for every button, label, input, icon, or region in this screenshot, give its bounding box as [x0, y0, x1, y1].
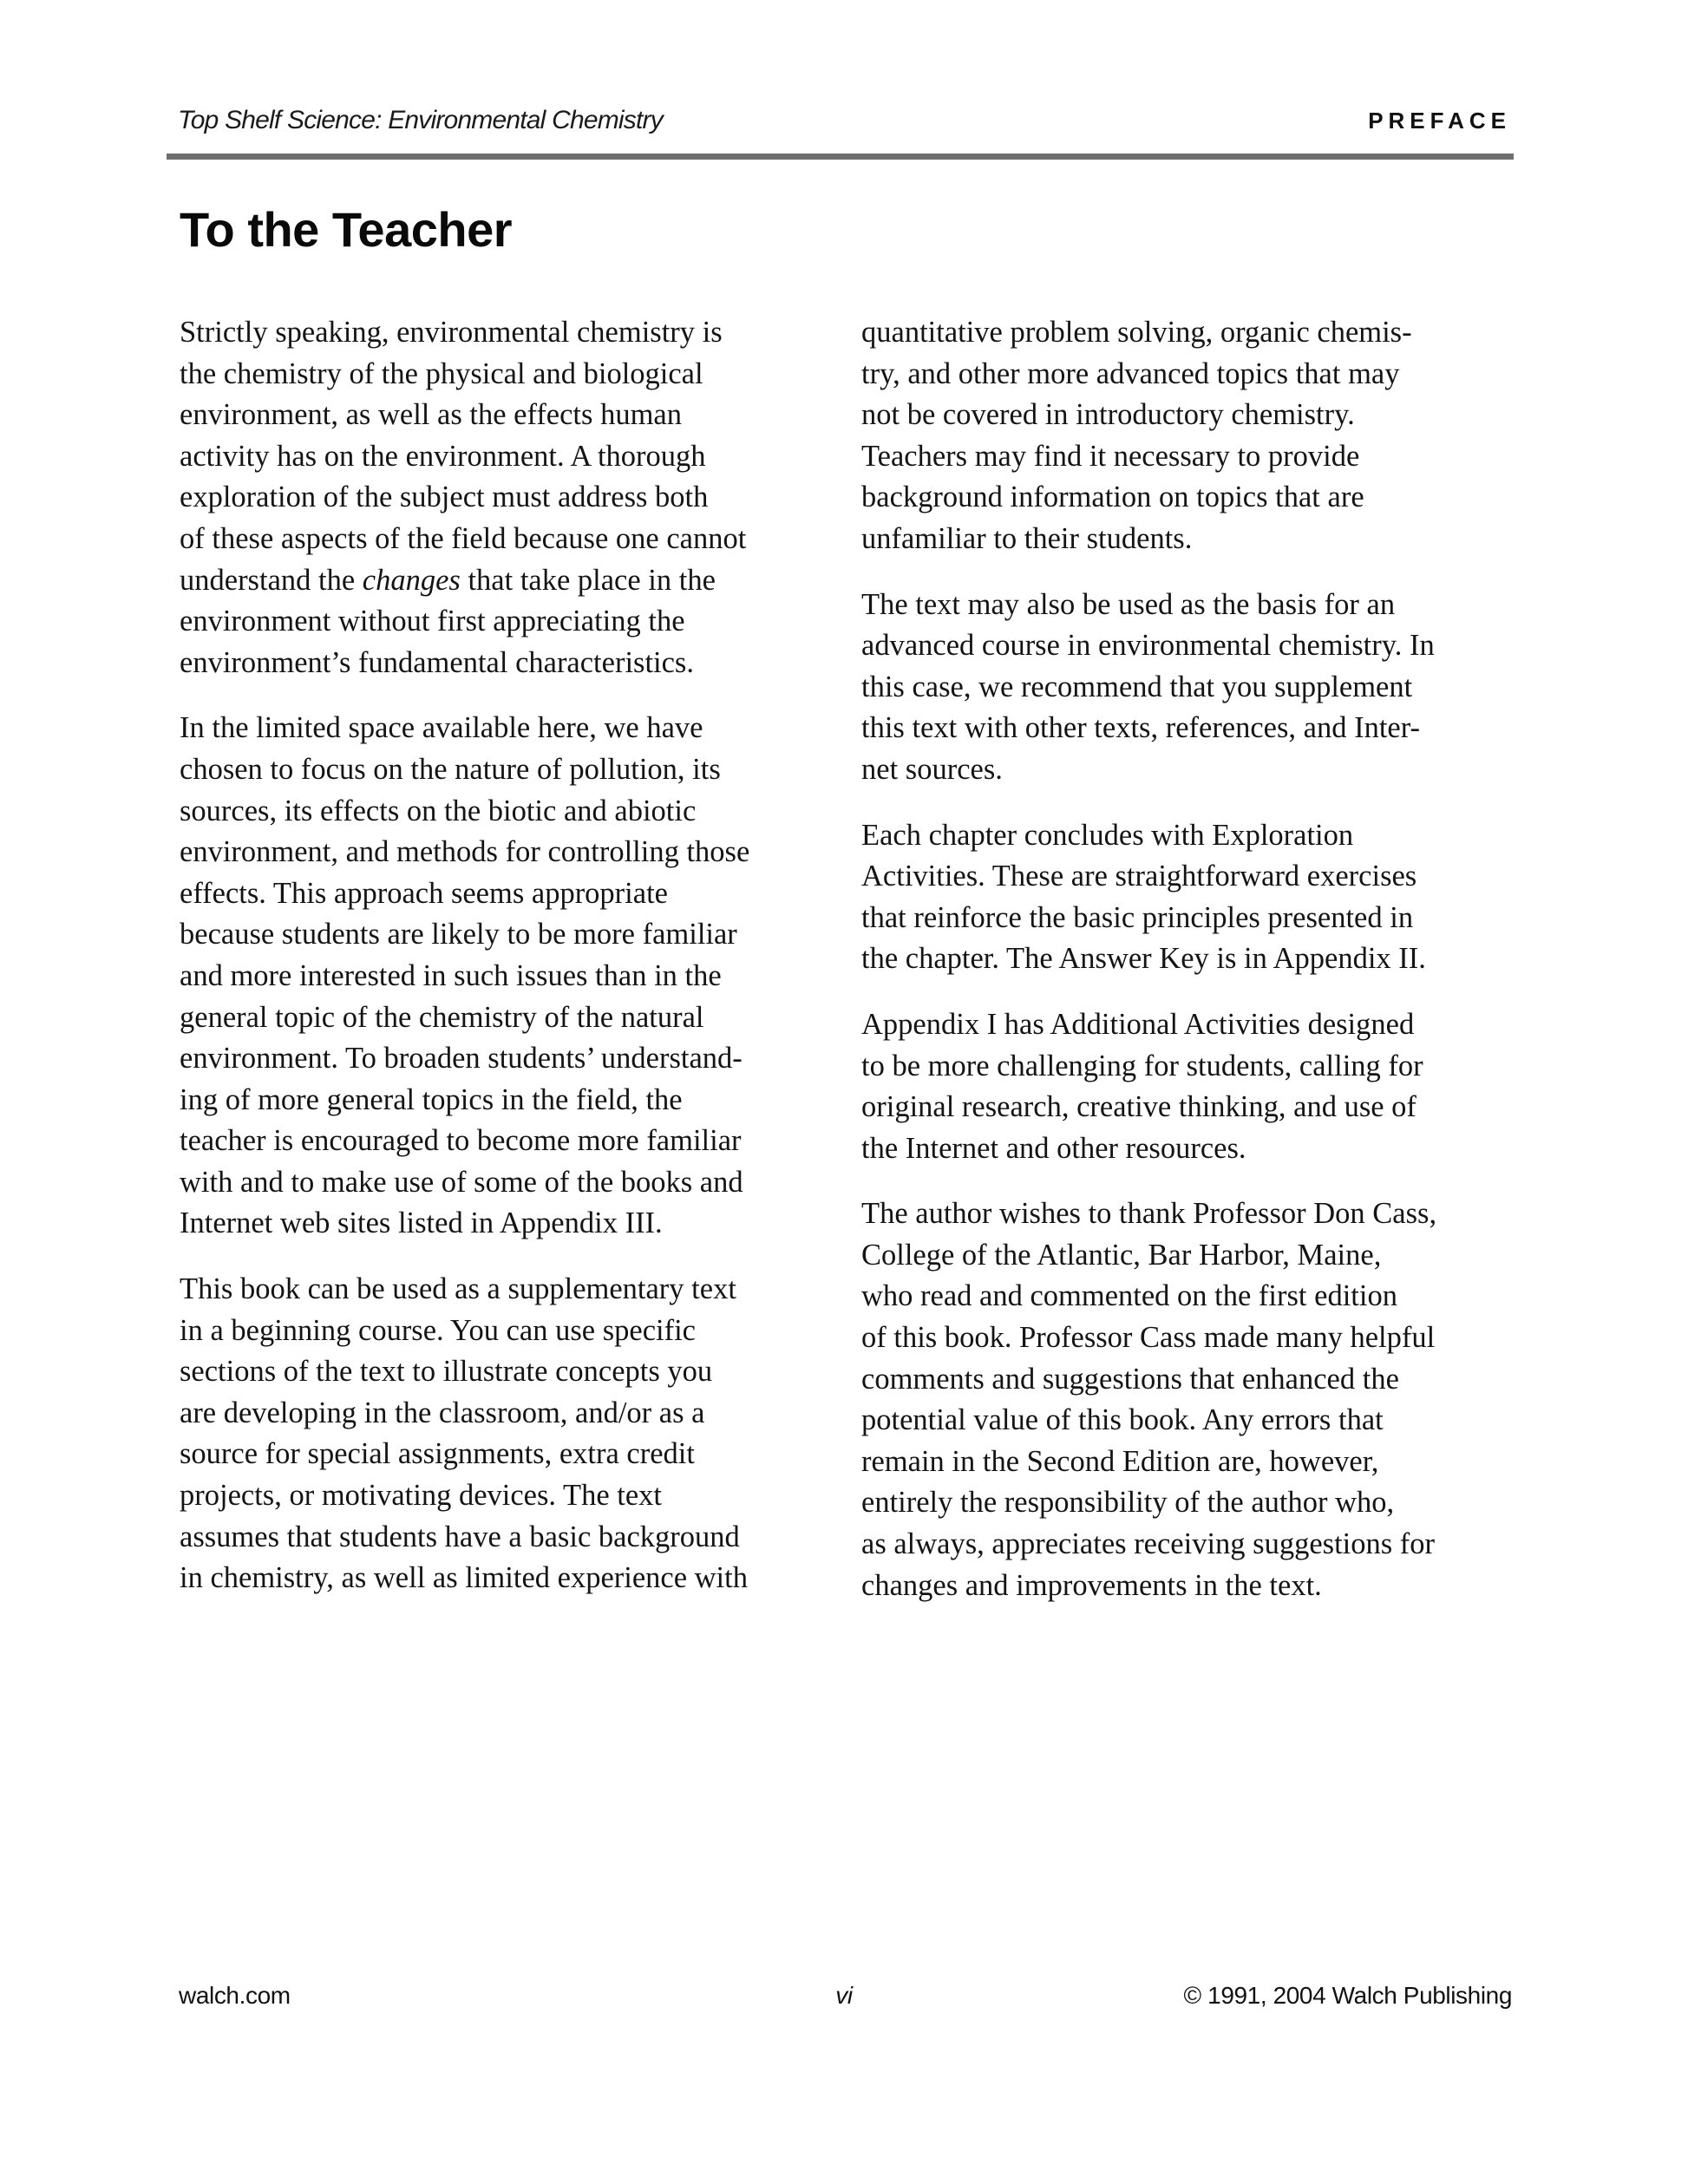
text-line: potential value of this book. Any errors… [861, 1400, 1521, 1442]
text-line: environment’s fundamental characteristic… [180, 643, 839, 684]
text-line: the chemistry of the physical and biolog… [180, 354, 839, 396]
text-line: Internet web sites listed in Appendix II… [180, 1203, 839, 1245]
right-column: quantitative problem solving, organic ch… [861, 312, 1521, 1631]
text-line: environment, and methods for controlling… [180, 832, 839, 873]
text-line: entirely the responsibility of the autho… [861, 1482, 1521, 1524]
running-header-book-title: Top Shelf Science: Environmental Chemist… [178, 106, 663, 135]
text-line: try, and other more advanced topics that… [861, 354, 1521, 396]
text-line: unfamiliar to their students. [861, 519, 1521, 560]
text-line: teacher is encouraged to become more fam… [180, 1121, 839, 1162]
text-line: Strictly speaking, environmental chemist… [180, 312, 839, 354]
running-header-section: PREFACE [1368, 108, 1511, 134]
document-page: Top Shelf Science: Environmental Chemist… [0, 0, 1688, 2184]
text-line: as always, appreciates receiving suggest… [861, 1524, 1521, 1566]
text-line: Activities. These are straightforward ex… [861, 856, 1521, 898]
text-line: exploration of the subject must address … [180, 477, 839, 519]
text-line: ing of more general topics in the field,… [180, 1080, 839, 1121]
text-line: activity has on the environment. A thoro… [180, 436, 839, 478]
text-line: understand the changes that take place i… [180, 560, 839, 602]
footer-copyright: © 1991, 2004 Walch Publishing [1184, 1982, 1512, 2010]
text-line: Each chapter concludes with Exploration [861, 815, 1521, 857]
text-line: assumes that students have a basic backg… [180, 1517, 839, 1559]
text-line: not be covered in introductory chemistry… [861, 395, 1521, 436]
text-line: advanced course in environmental chemist… [861, 625, 1521, 667]
text-line: the chapter. The Answer Key is in Append… [861, 938, 1521, 980]
text-line: to be more challenging for students, cal… [861, 1046, 1521, 1088]
text-line: and more interested in such issues than … [180, 956, 839, 997]
text-line: net sources. [861, 749, 1521, 791]
text-line: sections of the text to illustrate conce… [180, 1351, 839, 1393]
text-line: who read and commented on the first edit… [861, 1276, 1521, 1318]
text-line: College of the Atlantic, Bar Harbor, Mai… [861, 1235, 1521, 1277]
text-line: The author wishes to thank Professor Don… [861, 1193, 1521, 1235]
text-line: original research, creative thinking, an… [861, 1087, 1521, 1128]
paragraph: Each chapter concludes with ExplorationA… [861, 815, 1521, 980]
text-line: in chemistry, as well as limited experie… [180, 1558, 839, 1599]
paragraph: The author wishes to thank Professor Don… [861, 1193, 1521, 1606]
text-line: are developing in the classroom, and/or … [180, 1393, 839, 1435]
paragraph: The text may also be used as the basis f… [861, 585, 1521, 791]
text-line: effects. This approach seems appropriate [180, 873, 839, 915]
paragraph: This book can be used as a supplementary… [180, 1269, 839, 1599]
text-line: quantitative problem solving, organic ch… [861, 312, 1521, 354]
page-title: To the Teacher [180, 201, 512, 258]
text-line: sources, its effects on the biotic and a… [180, 791, 839, 833]
text-line: comments and suggestions that enhanced t… [861, 1359, 1521, 1401]
left-column: Strictly speaking, environmental chemist… [180, 312, 839, 1624]
text-line: source for special assignments, extra cr… [180, 1434, 839, 1475]
text-line: The text may also be used as the basis f… [861, 585, 1521, 626]
text-line: because students are likely to be more f… [180, 914, 839, 956]
paragraph: quantitative problem solving, organic ch… [861, 312, 1521, 560]
text-line: Appendix I has Additional Activities des… [861, 1004, 1521, 1046]
text-line: environment, as well as the effects huma… [180, 395, 839, 436]
emphasis: changes [363, 564, 461, 597]
paragraph: Strictly speaking, environmental chemist… [180, 312, 839, 683]
text-line: with and to make use of some of the book… [180, 1162, 839, 1204]
text-line: of this book. Professor Cass made many h… [861, 1318, 1521, 1359]
text-line: background information on topics that ar… [861, 477, 1521, 519]
paragraph: In the limited space available here, we … [180, 708, 839, 1245]
text-line: This book can be used as a supplementary… [180, 1269, 839, 1311]
text-line: that reinforce the basic principles pres… [861, 898, 1521, 939]
text-line: of these aspects of the field because on… [180, 519, 839, 560]
text-line: remain in the Second Edition are, howeve… [861, 1442, 1521, 1483]
text-line: In the limited space available here, we … [180, 708, 839, 749]
text-line: this text with other texts, references, … [861, 708, 1521, 749]
text-line: general topic of the chemistry of the na… [180, 997, 839, 1039]
text-line: in a beginning course. You can use speci… [180, 1311, 839, 1352]
header-rule [167, 154, 1514, 160]
text-line: environment without first appreciating t… [180, 601, 839, 643]
text-line: projects, or motivating devices. The tex… [180, 1475, 839, 1517]
paragraph: Appendix I has Additional Activities des… [861, 1004, 1521, 1169]
text-line: chosen to focus on the nature of polluti… [180, 749, 839, 791]
text-line: the Internet and other resources. [861, 1128, 1521, 1170]
text-line: Teachers may find it necessary to provid… [861, 436, 1521, 478]
text-line: environment. To broaden students’ unders… [180, 1038, 839, 1080]
text-line: this case, we recommend that you supplem… [861, 667, 1521, 709]
text-line: changes and improvements in the text. [861, 1566, 1521, 1607]
